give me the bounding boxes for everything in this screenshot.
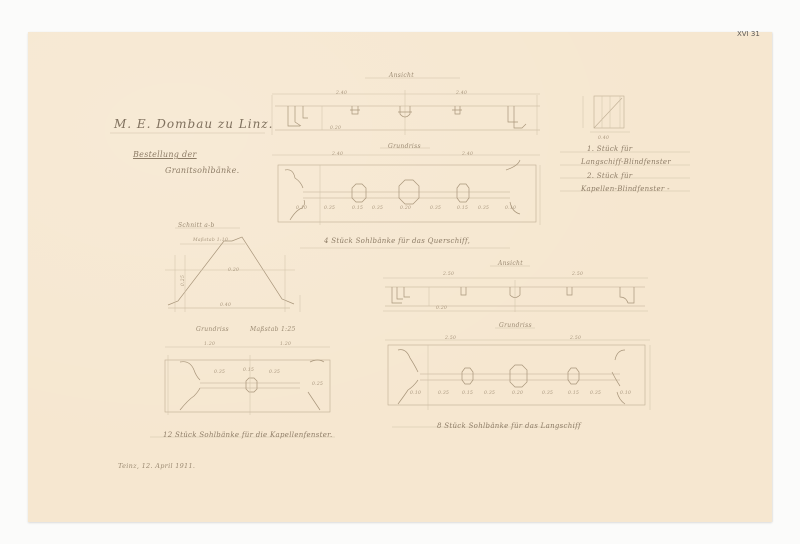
nave-caption: 8 Stück Sohlbänke für das Langschiff [437,422,581,430]
blind-window-dim: 0.40 [598,136,609,141]
section-scale: Maßstab 1:10 [193,238,228,243]
nave-dim-side: 0.20 [436,306,447,311]
transept-plan-label: Grundriss [388,143,421,150]
transept-plan-dim-b: 0.35 [324,206,335,211]
chapel-caption: 12 Stück Sohlbänke für die Kapellenfenst… [163,431,333,439]
transept-plan-dim-f: 0.35 [430,206,441,211]
nave-plan-dim-h: 0.35 [590,391,601,396]
nave-plan-dim-g: 0.15 [568,391,579,396]
nave-elevation [383,266,648,312]
note-line-4: Kapellen-Blindfenster - [581,185,670,193]
chapel-dim-side: 0.25 [312,382,323,387]
nave-plan-dim-d: 0.35 [484,391,495,396]
chapel-dim-mid-2: 0.15 [243,368,254,373]
transept-elevation-label: Ansicht [389,72,414,79]
chapel-dim-mid-3: 0.35 [269,370,280,375]
transept-plan-dim-1: 2.40 [332,152,343,157]
note-line-3: 2. Stück für [587,172,632,180]
chapel-plan [165,347,330,415]
chapel-dim-top-1: 1.20 [204,342,215,347]
transept-plan-dim-e: 0.20 [400,206,411,211]
transept-dim-side: 0.20 [330,126,341,131]
nave-dim-top-2: 2.50 [572,272,583,277]
transept-dim-top-1: 2.40 [336,91,347,96]
nave-plan-dim-c: 0.15 [462,391,473,396]
nave-plan-dim-2: 2.50 [570,336,581,341]
signature-date: Teinz, 12. April 1911. [118,462,195,470]
note-line-1: 1. Stück für [587,145,632,153]
transept-plan-dim-c: 0.15 [352,206,363,211]
nave-dim-top-1: 2.50 [443,272,454,277]
transept-plan [272,148,540,225]
note-line-2: Langschiff-Blindfenster [581,158,671,166]
chapel-plan-scale: Maßstab 1:25 [250,326,296,333]
chapel-dim-mid-1: 0.35 [214,370,225,375]
transept-plan-dim-h: 0.35 [478,206,489,211]
section-dim-width: 0.40 [220,303,231,308]
transept-plan-dim-g: 0.15 [457,206,468,211]
nave-plan-label: Grundriss [499,322,532,329]
transept-caption: 4 Stück Sohlbänke für das Querschiff, [324,237,470,245]
nave-plan-dim-i: 0.10 [620,391,631,396]
nave-plan-dim-e: 0.20 [512,391,523,396]
blind-window-detail [583,96,630,132]
nave-plan-dim-1: 2.50 [445,336,456,341]
transept-plan-dim-d: 0.35 [372,206,383,211]
chapel-dim-top-2: 1.20 [280,342,291,347]
chapel-plan-label: Grundriss [196,326,229,333]
section-label: Schnitt a-b [178,222,215,229]
transept-plan-dim-2: 2.40 [462,152,473,157]
nave-plan-dim-b: 0.35 [438,391,449,396]
transept-plan-dim-i: 0.10 [505,206,516,211]
transept-plan-dim-a: 0.10 [296,206,307,211]
nave-elevation-label: Ansicht [498,260,523,267]
nave-plan [385,328,650,410]
transept-elevation [272,78,540,135]
section-dim-slope: 0.20 [228,268,239,273]
nave-plan-dim-a: 0.10 [410,391,421,396]
transept-dim-top-2: 2.40 [456,91,467,96]
nave-plan-dim-f: 0.35 [542,391,553,396]
section-dim-height: 0.25 [181,275,186,286]
